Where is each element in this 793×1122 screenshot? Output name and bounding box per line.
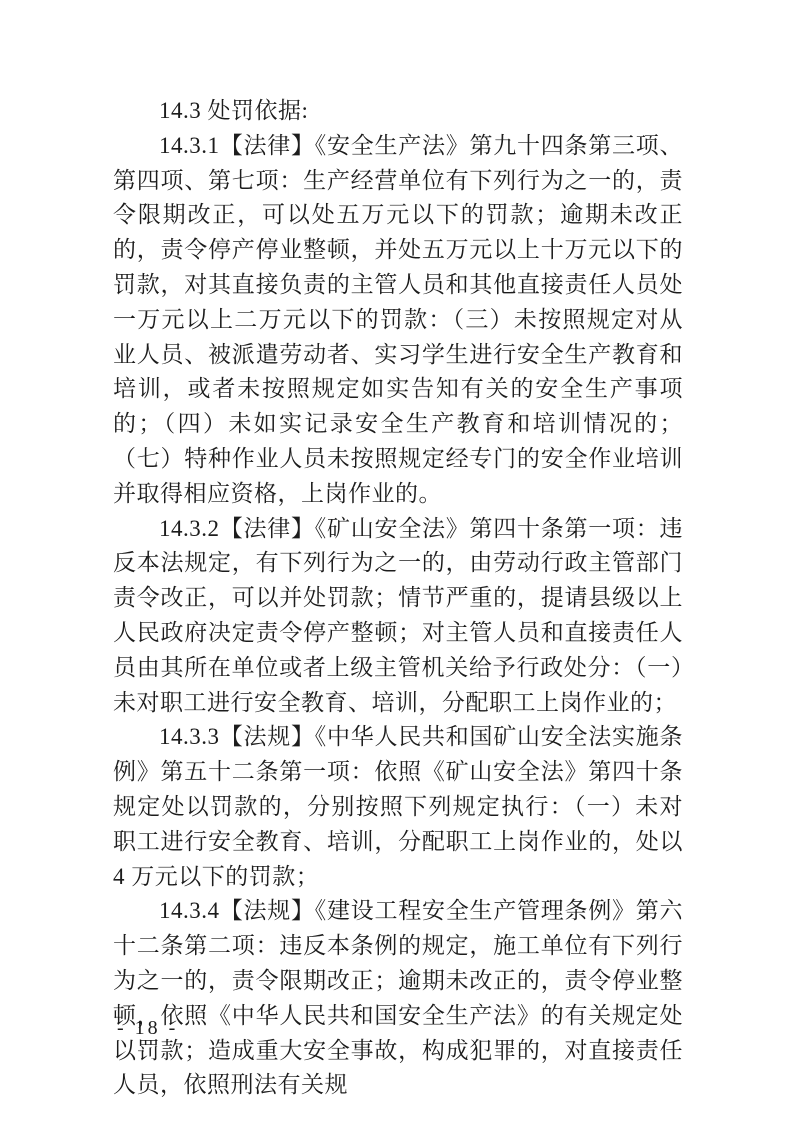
paragraph-law-14-3-2: 14.3.2【法律】《矿山安全法》第四十条第一项：违反本法规定，有下列行为之一的… — [113, 512, 683, 721]
document-body: 14.3 处罚依据: 14.3.1【法律】《安全生产法》第九十四条第三项、第四项… — [113, 94, 683, 1103]
section-heading-penalty-basis: 14.3 处罚依据: — [113, 94, 683, 129]
paragraph-regulation-14-3-4: 14.3.4【法规】《建设工程安全生产管理条例》第六十二条第二项：违反本条例的规… — [113, 894, 683, 1103]
document-page: 14.3 处罚依据: 14.3.1【法律】《安全生产法》第九十四条第三项、第四项… — [0, 0, 793, 1122]
paragraph-law-14-3-1: 14.3.1【法律】《安全生产法》第九十四条第三项、第四项、第七项：生产经营单位… — [113, 129, 683, 512]
paragraph-regulation-14-3-3: 14.3.3【法规】《中华人民共和国矿山安全法实施条例》第五十二条第一项：依照《… — [113, 720, 683, 894]
page-number: - 18 - — [117, 1016, 178, 1040]
